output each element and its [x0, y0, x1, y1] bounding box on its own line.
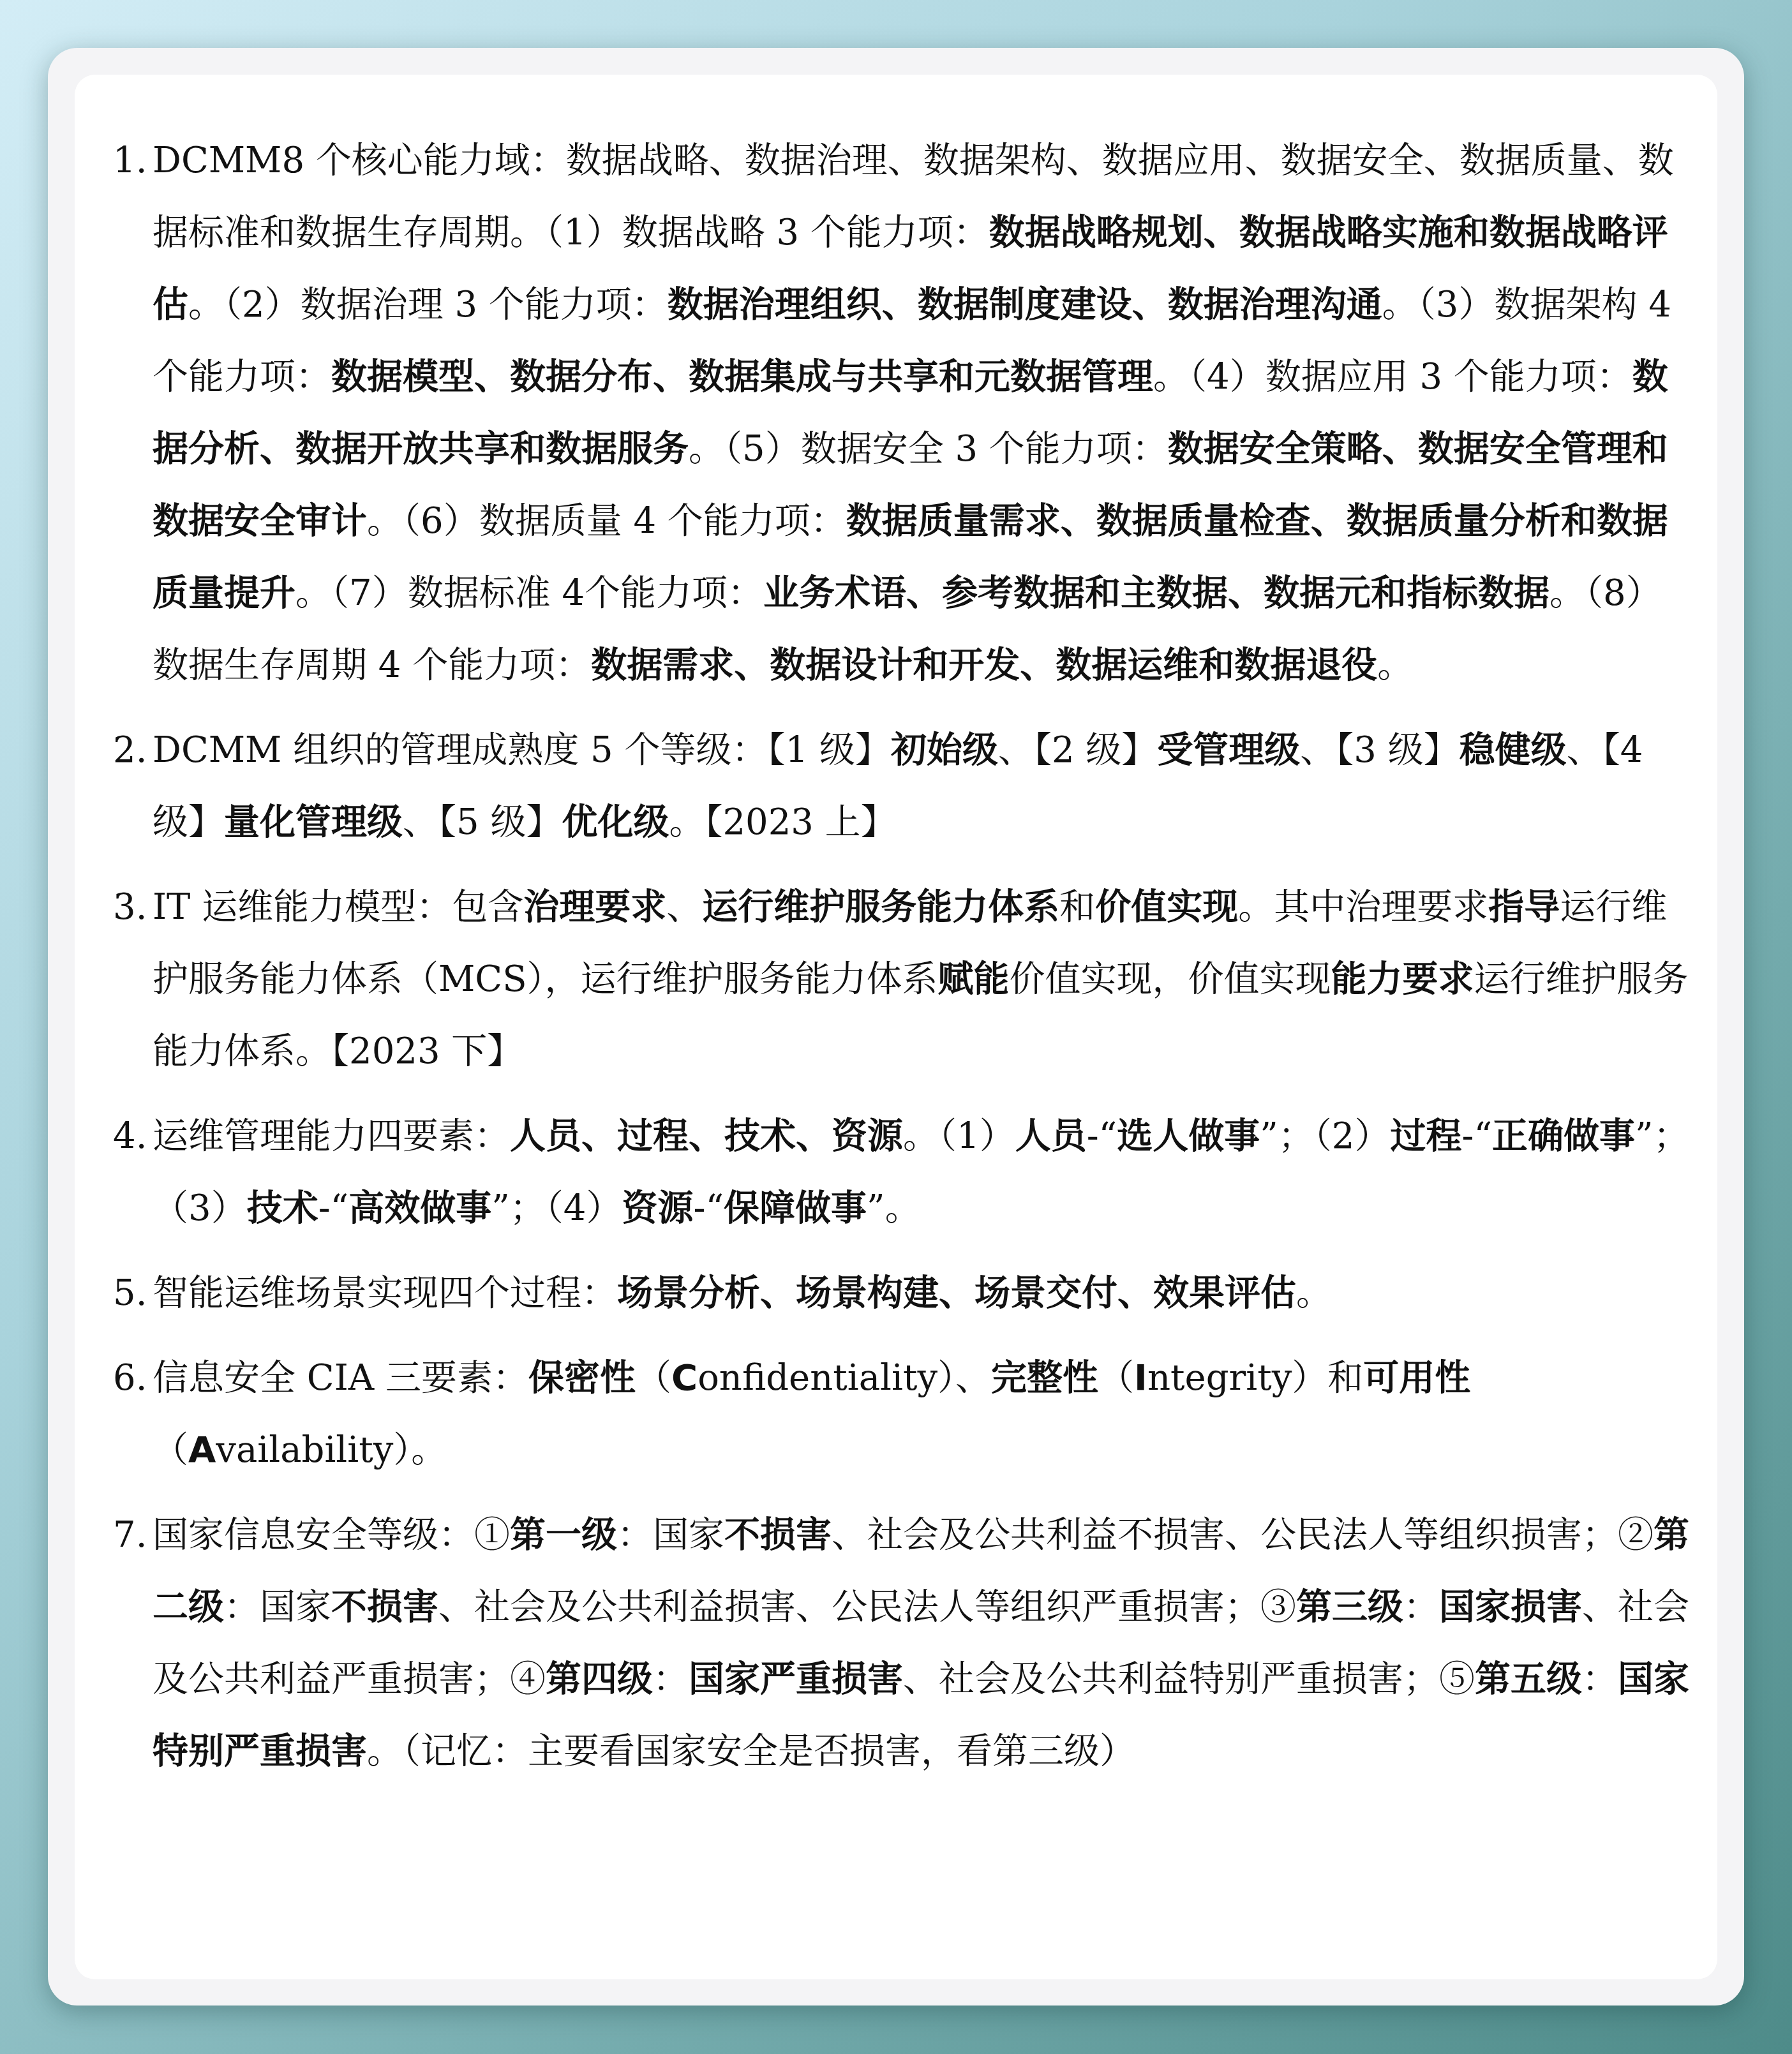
text-run: 、【5 级】: [403, 801, 562, 843]
text-run: 、【3 级】: [1300, 729, 1459, 771]
bold-term: 优化级: [562, 801, 669, 843]
item-text: 智能运维场景实现四个过程：场景分析、场景构建、场景交付、效果评估。: [153, 1272, 1332, 1314]
text-run: ：: [1403, 1586, 1439, 1628]
item-number: 2.: [113, 714, 147, 786]
text-run: 信息安全 CIA 三要素：: [153, 1357, 528, 1399]
item-number: 6.: [113, 1342, 147, 1414]
list-item: 6.信息安全 CIA 三要素：保密性（Confidentiality）、完整性（…: [113, 1342, 1692, 1486]
outer-card: 1.DCMM8 个核心能力域：数据战略、数据治理、数据架构、数据应用、数据安全、…: [48, 48, 1744, 2006]
bold-term: 资源: [622, 1187, 693, 1229]
text-run: 。（记忆：主要看国家安全是否损害，看第三级）: [367, 1730, 1135, 1772]
item-text: DCMM8 个核心能力域：数据战略、数据治理、数据架构、数据应用、数据安全、数据…: [153, 140, 1674, 686]
text-run: ”；（4）: [491, 1187, 622, 1229]
text-run: 、社会及公共利益不损害、公民法人等组织损害；②: [832, 1514, 1654, 1556]
bold-term: 业务术语、参考数据和主数据、数据元和指标数据: [763, 572, 1549, 614]
bold-term: 赋能: [938, 958, 1010, 1000]
bold-term: 人员、过程、技术、资源: [510, 1115, 903, 1157]
item-text: DCMM 组织的管理成熟度 5 个等级：【1 级】初始级、【2 级】受管理级、【…: [153, 729, 1643, 843]
text-run: ：: [1582, 1658, 1618, 1700]
bold-term: 稳健级: [1460, 729, 1567, 771]
text-run: （: [1098, 1357, 1134, 1399]
text-run: -“: [1087, 1115, 1117, 1157]
text-run: 、社会及公共利益特别严重损害；⑤: [903, 1658, 1475, 1700]
text-run: ：国家: [617, 1514, 724, 1556]
text-run: 。（5）数据安全 3 个能力项：: [689, 428, 1168, 470]
text-run: -“: [1461, 1115, 1492, 1157]
bold-term: 国家严重损害: [689, 1658, 903, 1700]
item-text: IT 运维能力模型：包含治理要求、运行维护服务能力体系和价值实现。其中治理要求指…: [153, 886, 1689, 1072]
text-run: 、社会及公共利益损害、公民法人等组织严重损害；③: [438, 1586, 1296, 1628]
bold-term: 第五级: [1475, 1658, 1582, 1700]
bold-term: 治理要求: [523, 886, 666, 928]
text-run: IT 运维能力模型：包含: [153, 886, 523, 928]
text-run: 。【2023 上】: [669, 801, 896, 843]
text-run: -“: [693, 1187, 724, 1229]
text-run: 。（1）: [903, 1115, 1015, 1157]
text-run: ：国家: [224, 1586, 331, 1628]
bold-term: 数据治理组织、数据制度建设、数据治理沟通: [668, 284, 1382, 325]
bold-term: 技术: [247, 1187, 318, 1229]
bold-term: 第三级: [1296, 1586, 1403, 1628]
text-run: 、: [666, 886, 702, 928]
bold-term: 选人做事: [1117, 1115, 1260, 1157]
list-item: 5.智能运维场景实现四个过程：场景分析、场景构建、场景交付、效果评估。: [113, 1257, 1692, 1329]
text-run: 。（6）数据质量 4 个能力项：: [367, 500, 846, 542]
text-run: 和: [1059, 886, 1095, 928]
text-run: 、【2 级】: [998, 729, 1157, 771]
bold-term: 初始级: [891, 729, 998, 771]
text-run: ：: [653, 1658, 689, 1700]
bold-term: 人员: [1015, 1115, 1087, 1157]
bold-term: 不损害: [331, 1586, 438, 1628]
bold-term: 可用性: [1363, 1357, 1470, 1399]
text-run: 价值实现，价值实现: [1010, 958, 1331, 1000]
notes-list: 1.DCMM8 个核心能力域：数据战略、数据治理、数据架构、数据应用、数据安全、…: [113, 124, 1692, 1800]
content-card: 1.DCMM8 个核心能力域：数据战略、数据治理、数据架构、数据应用、数据安全、…: [75, 75, 1717, 1979]
list-item: 1.DCMM8 个核心能力域：数据战略、数据治理、数据架构、数据应用、数据安全、…: [113, 124, 1692, 701]
text-run: vailability）。: [216, 1429, 447, 1471]
item-number: 5.: [113, 1257, 147, 1329]
text-run: onfidentiality）、: [698, 1357, 991, 1399]
item-number: 4.: [113, 1100, 147, 1172]
item-text: 运维管理能力四要素：人员、过程、技术、资源。（1）人员-“选人做事”；（2）过程…: [153, 1115, 1689, 1229]
bold-term: I: [1134, 1357, 1147, 1399]
bold-term: 不损害: [724, 1514, 832, 1556]
text-run: 。: [1377, 644, 1413, 686]
bold-term: 数据模型、数据分布、数据集成与共享和元数据管理: [331, 356, 1153, 398]
list-item: 4.运维管理能力四要素：人员、过程、技术、资源。（1）人员-“选人做事”；（2）…: [113, 1100, 1692, 1244]
text-run: 。（4）数据应用 3 个能力项：: [1153, 356, 1632, 398]
text-run: ”；（2）: [1260, 1115, 1390, 1157]
bold-term: 完整性: [991, 1357, 1098, 1399]
text-run: ”。: [867, 1187, 921, 1229]
bold-term: C: [671, 1357, 698, 1399]
bold-term: 受管理级: [1157, 729, 1300, 771]
text-run: （: [636, 1357, 671, 1399]
list-item: 3.IT 运维能力模型：包含治理要求、运行维护服务能力体系和价值实现。其中治理要…: [113, 871, 1692, 1087]
item-number: 3.: [113, 871, 147, 943]
item-number: 1.: [113, 124, 147, 197]
bold-term: 正确做事: [1492, 1115, 1635, 1157]
bold-term: 价值实现: [1095, 886, 1238, 928]
bold-term: 保密性: [528, 1357, 636, 1399]
bold-term: 能力要求: [1331, 958, 1474, 1000]
bold-term: 第一级: [510, 1514, 617, 1556]
text-run: -“: [318, 1187, 349, 1229]
text-run: ntegrity）和: [1147, 1357, 1363, 1399]
bold-term: 量化管理级: [224, 801, 403, 843]
text-run: 国家信息安全等级：①: [153, 1514, 510, 1556]
item-number: 7.: [113, 1499, 147, 1571]
bold-term: 第四级: [546, 1658, 653, 1700]
text-run: DCMM 组织的管理成熟度 5 个等级：【1 级】: [153, 729, 891, 771]
item-text: 国家信息安全等级：①第一级：国家不损害、社会及公共利益不损害、公民法人等组织损害…: [153, 1514, 1689, 1772]
bold-term: 国家损害: [1439, 1586, 1582, 1628]
bold-term: 高效做事: [348, 1187, 491, 1229]
bold-term: 运行维护服务能力体系: [702, 886, 1059, 928]
text-run: 。: [1296, 1272, 1332, 1314]
text-run: 。（2）数据治理 3 个能力项：: [188, 284, 668, 325]
item-text: 信息安全 CIA 三要素：保密性（Confidentiality）、完整性（In…: [153, 1357, 1470, 1471]
text-run: （: [153, 1429, 188, 1471]
bold-term: 保障做事: [724, 1187, 867, 1229]
text-run: 运维管理能力四要素：: [153, 1115, 510, 1157]
list-item: 2.DCMM 组织的管理成熟度 5 个等级：【1 级】初始级、【2 级】受管理级…: [113, 714, 1692, 858]
text-run: 智能运维场景实现四个过程：: [153, 1272, 617, 1314]
bold-term: A: [188, 1429, 216, 1471]
bold-term: 数据需求、数据设计和开发、数据运维和数据退役: [591, 644, 1377, 686]
text-run: 。（7）数据标准 4个能力项：: [295, 572, 763, 614]
text-run: 。其中治理要求: [1238, 886, 1488, 928]
bold-term: 指导: [1488, 886, 1560, 928]
bold-term: 过程: [1390, 1115, 1461, 1157]
list-item: 7.国家信息安全等级：①第一级：国家不损害、社会及公共利益不损害、公民法人等组织…: [113, 1499, 1692, 1787]
bold-term: 场景分析、场景构建、场景交付、效果评估: [617, 1272, 1296, 1314]
